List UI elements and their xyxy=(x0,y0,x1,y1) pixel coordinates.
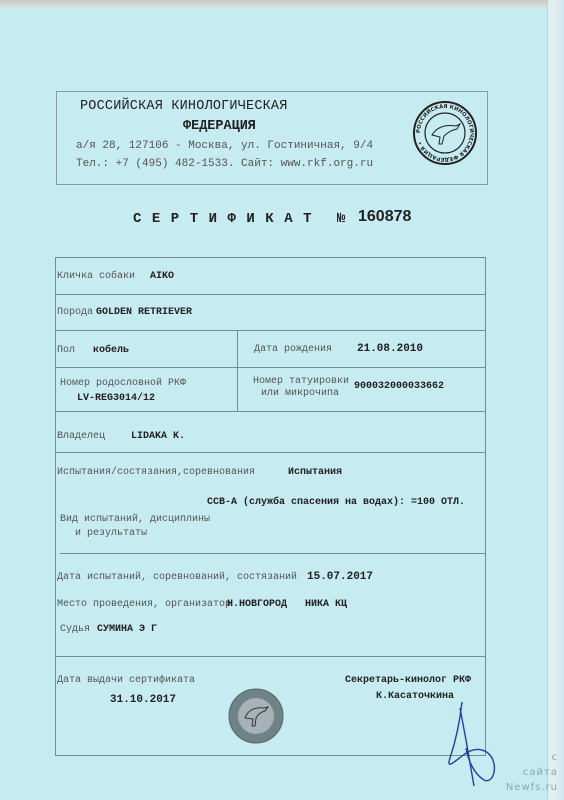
birth-date-value: 21.08.2010 xyxy=(357,343,423,355)
place-label: Место проведения, организатор xyxy=(57,599,231,610)
row-divider xyxy=(55,411,486,412)
chip-label-line2: или микрочипа xyxy=(261,388,339,399)
birth-date-label: Дата рождения xyxy=(254,344,332,355)
row-divider xyxy=(55,656,486,657)
scan-top-edge xyxy=(0,0,564,9)
scan-right-edge xyxy=(547,0,564,800)
row-divider xyxy=(55,452,486,453)
event-date-label: Дата испытаний, соревнований, состязаний xyxy=(57,572,297,583)
event-type-label: Испытания/состязания,соревнования xyxy=(57,467,255,478)
certificate-number: 160878 xyxy=(358,208,411,226)
issue-date-label: Дата выдачи сертификата xyxy=(57,675,195,686)
breed-label: Порода xyxy=(57,307,93,318)
watermark-line2: сайта xyxy=(523,767,558,778)
hologram-seal-icon xyxy=(228,688,284,744)
organization-contacts: Тел.: +7 (495) 482-1533. Сайт: www.rkf.o… xyxy=(76,158,373,170)
signature-icon xyxy=(440,700,510,792)
event-date-value: 15.07.2017 xyxy=(307,571,373,583)
dog-name-label: Кличка собаки xyxy=(57,271,135,282)
organization-address: а/я 28, 127106 - Москва, ул. Гостиничная… xyxy=(76,140,373,152)
judge-value: СУМИНА Э Г xyxy=(97,624,157,635)
place-value: Н.НОВГОРОД НИКА КЦ xyxy=(227,599,347,610)
pedigree-label: Номер родословной РКФ xyxy=(60,378,186,389)
issue-date-value: 31.10.2017 xyxy=(110,694,176,706)
sex-value: кобель xyxy=(93,345,129,356)
watermark-line3: Newfs.ru xyxy=(506,782,558,793)
owner-value: LIDAKA K. xyxy=(131,431,185,442)
discipline-label-line1: Вид испытаний, дисциплины xyxy=(60,514,210,525)
event-type-value: Испытания xyxy=(288,467,342,478)
chip-label-line1: Номер татуировки xyxy=(253,376,349,387)
chip-value: 900032000033662 xyxy=(354,381,444,392)
watermark-line1: с xyxy=(552,752,559,763)
certificate-title: СЕРТИФИКАТ xyxy=(133,211,322,227)
organization-name: РОССИЙСКАЯ КИНОЛОГИЧЕСКАЯ xyxy=(80,99,288,114)
row-divider xyxy=(55,330,486,331)
owner-label: Владелец xyxy=(57,431,105,442)
certificate-number-label: № xyxy=(337,211,345,227)
column-divider xyxy=(237,330,238,411)
breed-value: GOLDEN RETRIEVER xyxy=(96,307,192,318)
row-divider xyxy=(55,294,486,295)
row-divider xyxy=(55,367,486,368)
organization-name-line2: ФЕДЕРАЦИЯ xyxy=(183,119,256,134)
row-divider xyxy=(60,553,486,554)
discipline-value: ССВ-А (служба спасения на водах): =100 О… xyxy=(207,497,465,508)
pedigree-value: LV-REG3014/12 xyxy=(77,393,155,404)
dog-name-value: AIKO xyxy=(150,271,174,282)
secretary-title: Секретарь-кинолог РКФ xyxy=(345,675,471,686)
rkf-seal-icon: РОССИЙСКАЯ КИНОЛОГИЧЕСКАЯ ФЕДЕРАЦИЯ • xyxy=(412,100,478,166)
sex-label: Пол xyxy=(57,345,75,356)
discipline-label-line2: и результаты xyxy=(75,528,147,539)
judge-label: Судья xyxy=(60,624,90,635)
